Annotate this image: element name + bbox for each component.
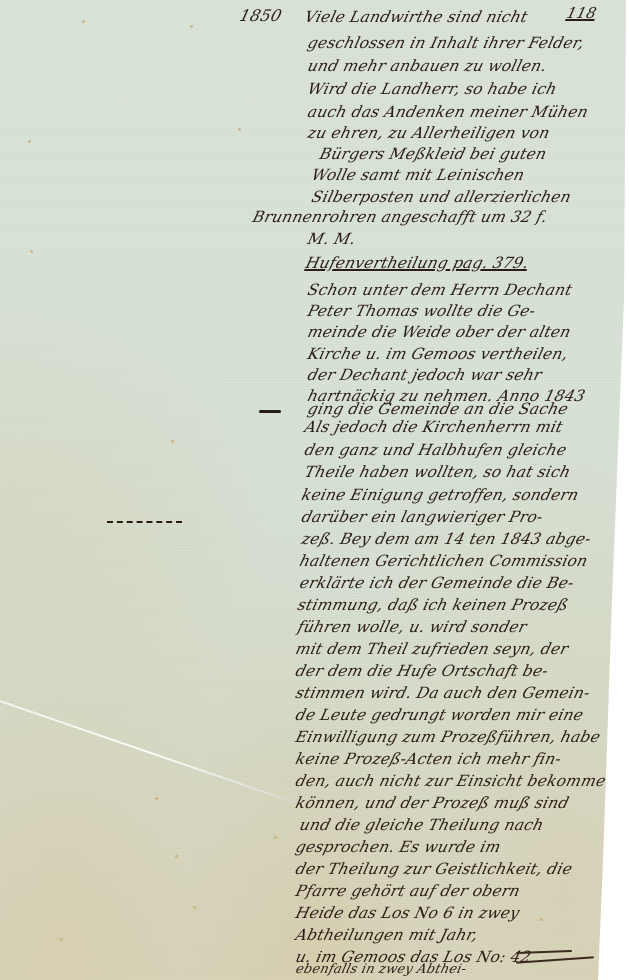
paper-fleck [274,836,277,839]
text-line: mit dem Theil zufrieden seyn, der [294,640,571,658]
text-line: meinde die Weide ober der alten [306,323,573,341]
paper-crease [0,700,312,809]
text-line: Schon unter dem Herrn Dechant [306,281,574,299]
paper-fleck [82,20,85,23]
text-line: Kirche u. im Gemoos vertheilen, [306,345,570,363]
paper-fleck [60,938,63,941]
text-line: Brunnenrohren angeschafft um 32 f. [251,208,550,226]
text-line: und mehr anbauen zu wollen. [306,57,549,75]
section-heading: Hufenvertheilung pag. 379. [304,254,531,272]
page-number: 118 [565,4,599,22]
text-line: keine Einigung getroffen, sondern [300,486,581,504]
paper-fleck [238,128,241,131]
paper-fleck [155,797,158,800]
text-line: zeß. Bey dem am 14 ten 1843 abge- [300,530,593,548]
text-line: keine Prozeß-Acten ich mehr fin- [294,750,563,768]
text-line: der dem die Hufe Ortschaft be- [294,662,550,680]
text-line: der Dechant jedoch war sehr [306,366,544,384]
text-line: den, auch nicht zur Einsicht bekommen [294,772,618,790]
text-line: Pfarre gehört auf der obern [294,882,522,900]
text-line: Silberposten und allerzierlichen [310,188,573,206]
paper-fleck [190,25,193,28]
text-line: Theile haben wollten, so hat sich [303,463,573,481]
paper-fleck [28,140,31,143]
text-line: auch das Andenken meiner Mühen [306,103,590,121]
text-line: geschlossen in Inhalt ihrer Felder, [306,34,586,52]
text-line: Peter Thomas wollte die Ge- [306,302,538,320]
text-line: stimmung, daß ich keinen Prozeß [296,596,570,614]
margin-dash-mark [259,410,281,413]
paper-fleck [30,250,33,253]
manuscript-page: 1850 118 Viele Landwirthe sind nicht ges… [0,0,629,980]
text-line: zu ehren, zu Allerheiligen von [306,124,552,142]
text-line: Heide das Los No 6 in zwey [294,904,522,922]
text-line: ebenfalls in zwey Abthei- [294,962,468,977]
text-line: darüber ein langwieriger Pro- [300,508,545,526]
text-line: Einwilligung zum Prozeßführen, habe [294,728,603,746]
text-line: Bürgers Meßkleid bei guten [318,145,549,163]
text-line: de Leute gedrungt worden mir eine [294,706,586,724]
text-line: den ganz und Halbhufen gleiche [303,441,569,459]
text-line: M. M. [306,230,358,248]
text-line: Wird die Landherr, so habe ich [306,80,559,98]
text-line: der Theilung zur Geistlichkeit, die [294,860,575,878]
paper-fleck [175,855,178,858]
text-line: ging die Gemeinde an die Sache [306,400,570,418]
paper-fleck [540,918,543,921]
text-line: Als jedoch die Kirchenherrn mit [303,418,565,436]
text-line: führen wolle, u. wird sonder [296,618,529,636]
paper-fleck [193,906,196,909]
paper-fleck [171,440,174,443]
text-line: haltenen Gerichtlichen Commission [298,552,590,570]
text-line: gesprochen. Es wurde im [294,838,503,856]
text-line: erklärte ich der Gemeinde die Be- [298,574,576,592]
text-line: Abtheilungen mit Jahr, [294,926,480,944]
text-line: stimmen wird. Da auch den Gemein- [294,684,592,702]
year-marginal: 1850 [238,6,284,25]
text-line: Wolle samt mit Leinischen [310,166,527,184]
text-line: und die gleiche Theilung nach [298,816,546,834]
text-line: können, und der Prozeß muß sind [294,794,571,812]
margin-dotted-mark [107,521,182,523]
text-line: Viele Landwirthe sind nicht [303,8,530,26]
